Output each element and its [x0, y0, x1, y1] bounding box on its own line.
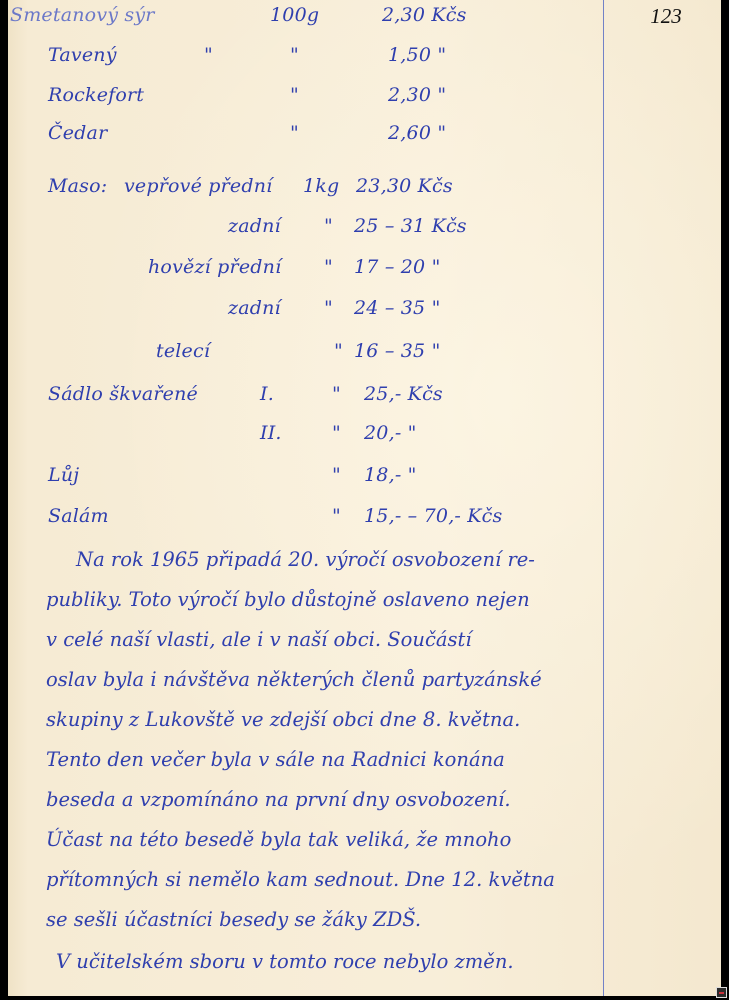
price-value: 24 – 35 ": [354, 297, 441, 319]
paragraph-line: beseda a vzpomínáno na první dny osvoboz…: [46, 788, 511, 811]
price-sub: I.: [260, 383, 274, 405]
price-value: 2,30 Kčs: [382, 4, 467, 26]
paragraph-line: v celé naší vlasti, ale i v naší obci. S…: [46, 628, 472, 651]
price-item: Salám: [48, 505, 109, 527]
price-value: 25,- Kčs: [364, 383, 443, 405]
price-sub: hovězí přední: [148, 256, 281, 278]
price-item: Čedar: [48, 122, 107, 144]
minimize-icon[interactable]: [716, 987, 727, 998]
price-item: Rockefort: [48, 84, 144, 106]
price-value: 15,- – 70,- Kčs: [364, 505, 502, 527]
paragraph-line: Účast na této besedě byla tak veliká, že…: [46, 828, 511, 851]
price-value: 2,60 ": [388, 122, 446, 144]
price-qty: ": [332, 505, 341, 527]
price-sub: zadní: [228, 297, 281, 319]
price-item: Tavený: [48, 44, 117, 66]
price-item: Sádlo škvařené: [48, 383, 198, 405]
price-value: 17 – 20 ": [354, 256, 441, 278]
paragraph-line: přítomných si nemělo kam sednout. Dne 12…: [46, 868, 555, 891]
paragraph-line: V učitelském sboru v tomto roce nebylo z…: [56, 950, 514, 973]
price-qty: ": [290, 44, 299, 66]
price-ditto: ": [204, 44, 213, 66]
price-value: 1,50 ": [388, 44, 446, 66]
price-qty: ": [324, 215, 333, 237]
price-sub: II.: [260, 422, 282, 444]
price-value: 20,- ": [364, 422, 417, 444]
price-qty: ": [332, 464, 341, 486]
price-sub: telecí: [156, 340, 210, 362]
paragraph-line: publiky. Toto výročí bylo důstojně oslav…: [46, 588, 530, 611]
price-qty: 100g: [270, 4, 319, 26]
price-qty: ": [332, 383, 341, 405]
paragraph-line: Tento den večer byla v sále na Radnici k…: [46, 748, 505, 771]
margin-line: [603, 0, 604, 996]
price-value: 2,30 ": [388, 84, 446, 106]
price-qty: ": [332, 422, 341, 444]
price-qty: ": [324, 256, 333, 278]
paragraph-line: skupiny z Lukovště ve zdejší obci dne 8.…: [46, 708, 520, 731]
paragraph-line: se sešli účastníci besedy se žáky ZDŠ.: [46, 908, 421, 931]
price-item: Lůj: [48, 464, 79, 486]
price-qty: ": [290, 84, 299, 106]
price-value: 18,- ": [364, 464, 417, 486]
price-qty: ": [334, 340, 343, 362]
price-qty: ": [324, 297, 333, 319]
page-number: 123: [636, 4, 696, 29]
paragraph-line: oslav byla i návštěva některých členů pa…: [46, 668, 542, 691]
price-value: 25 – 31 Kčs: [354, 215, 467, 237]
price-value: 16 – 35 ": [354, 340, 441, 362]
price-qty: ": [290, 122, 299, 144]
price-qty: 1kg: [303, 175, 339, 197]
price-item: Smetanový sýr: [10, 4, 155, 26]
chronicle-page: 123 Smetanový sýr 100g 2,30 Kčs Tavený "…: [8, 0, 721, 996]
paragraph-line: Na rok 1965 připadá 20. výročí osvobozen…: [76, 548, 535, 571]
price-sub: zadní: [228, 215, 281, 237]
price-value: 23,30 Kčs: [356, 175, 453, 197]
price-item: Maso:: [48, 175, 107, 197]
price-sub: vepřové přední: [124, 175, 272, 197]
